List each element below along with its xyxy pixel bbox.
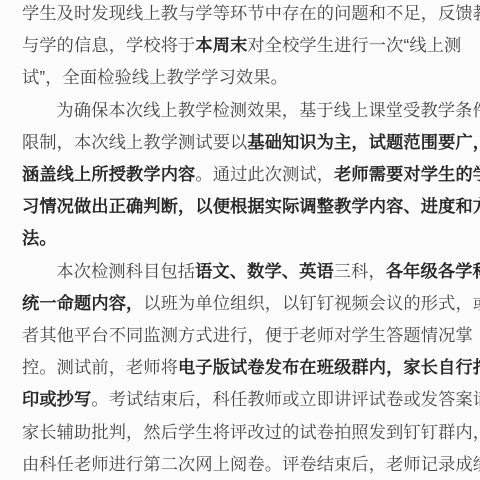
text-line: 者其他平台不同监测方式进行，便于老师对学生答题情况掌	[22, 319, 458, 351]
text-line: 由科任老师进行第二次网上阅卷。评卷结束后，老师记录成绩	[22, 448, 458, 480]
text-line: 法。	[22, 222, 458, 254]
emphasis-text: 本周末	[195, 35, 247, 55]
emphasis-text: 法。	[22, 228, 57, 248]
article-page: 学生及时发现线上教与学等环节中存在的问题和不足，反馈教与学的信息，学校将于本周末…	[0, 0, 480, 477]
text-line: 试”，全面检验线上教学学习效果。	[22, 61, 458, 93]
body-text: 者其他平台不同监测方式进行，便于老师对学生答题情况掌	[22, 325, 473, 345]
emphasis-text: 语文、数学、英语	[195, 261, 334, 281]
body-text: 与学的信息，学校将于	[22, 35, 195, 55]
text-line: 学生及时发现线上教与学等环节中存在的问题和不足，反馈教	[22, 0, 458, 29]
text-line: 家长辅助批判，然后学生将评改过的试卷拍照发到钉钉群内，	[22, 416, 458, 448]
text-line: 与学的信息，学校将于本周末对全校学生进行一次“线上测	[22, 29, 458, 61]
body-text: 以班为单位组织，以钉钉视频会议的形式，或	[143, 293, 480, 313]
emphasis-text: 老师需要对学生的学	[334, 164, 480, 184]
emphasis-text: 习情况做出正确判断，以便根据实际调整教学内容、进度和方	[22, 196, 480, 216]
body-text: 控。测试前，老师将	[22, 357, 178, 377]
text-line: 涵盖线上所授教学内容。通过此次测试，老师需要对学生的学	[22, 158, 458, 190]
body-text: 学生及时发现线上教与学等环节中存在的问题和不足，反馈教	[22, 3, 480, 23]
text-line: 统一命题内容，以班为单位组织，以钉钉视频会议的形式，或	[22, 287, 458, 319]
text-line: 为确保本次线上教学检测效果，基于线上课堂受教学条件	[22, 94, 458, 126]
text-line: 习情况做出正确判断，以便根据实际调整教学内容、进度和方	[22, 190, 458, 222]
emphasis-text: 印或抄写	[22, 389, 91, 409]
text-line: 印或抄写。考试结束后，科任教师或立即讲评试卷或发答案请	[22, 383, 458, 415]
text-line: 限制，本次线上教学测试要以基础知识为主，试题范围要广，	[22, 126, 458, 158]
body-text: 本次检测科目包括	[56, 261, 195, 281]
body-text: 限制，本次线上教学测试要以	[22, 132, 247, 152]
body-text: 。通过此次测试，	[195, 164, 334, 184]
text-line: 控。测试前，老师将电子版试卷发布在班级群内，家长自行打	[22, 351, 458, 383]
emphasis-text: 涵盖线上所授教学内容	[22, 164, 195, 184]
article-body: 学生及时发现线上教与学等环节中存在的问题和不足，反馈教与学的信息，学校将于本周末…	[0, 0, 480, 480]
emphasis-text: 电子版试卷发布在班级群内，家长自行打	[178, 357, 480, 377]
emphasis-text: 统一命题内容，	[22, 293, 143, 313]
body-text: 为确保本次线上教学检测效果，基于线上课堂受教学条件	[56, 100, 480, 120]
body-text: 。考试结束后，科任教师或立即讲评试卷或发答案请	[91, 389, 480, 409]
body-text: 对全校学生进行一次“线上测	[247, 35, 461, 55]
body-text: 三科，	[334, 261, 386, 281]
body-text: 试”，全面检验线上教学学习效果。	[22, 67, 288, 87]
text-line: 本次检测科目包括语文、数学、英语三科，各年级各学科	[22, 255, 458, 287]
emphasis-text: 各年级各学科	[386, 261, 480, 281]
body-text: 由科任老师进行第二次网上阅卷。评卷结束后，老师记录成绩	[22, 454, 480, 474]
body-text: 家长辅助批判，然后学生将评改过的试卷拍照发到钉钉群内，	[22, 422, 480, 442]
emphasis-text: 基础知识为主，试题范围要广，	[247, 132, 480, 152]
